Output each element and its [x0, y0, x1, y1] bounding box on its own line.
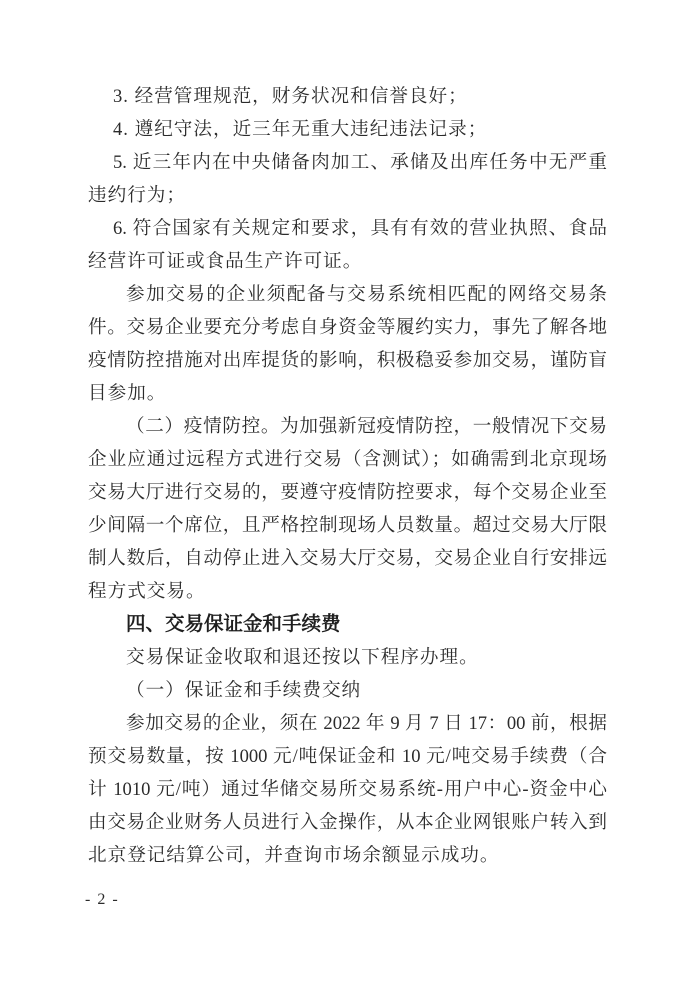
text-line: 件。交易企业要充分考虑自身资金等履约实力，事先了解各地 — [88, 311, 607, 344]
text-line-item-3: 3. 经营管理规范，财务状况和信誉良好； — [88, 80, 607, 113]
document-body: 3. 经营管理规范，财务状况和信誉良好； 4. 遵纪守法，近三年无重大违纪违法记… — [88, 80, 607, 872]
text-line-subsection-1: （一）保证金和手续费交纳 — [88, 674, 607, 707]
page-number: - 2 - — [85, 891, 119, 909]
text-line: 由交易企业财务人员进行入金操作，从本企业网银账户转入到 — [88, 806, 607, 839]
text-line: 制人数后，自动停止进入交易大厅交易，交易企业自行安排远 — [88, 542, 607, 575]
text-line-item-6: 6. 符合国家有关规定和要求，具有有效的营业执照、食品 — [88, 212, 607, 245]
section-heading-4: 四、交易保证金和手续费 — [88, 608, 607, 641]
text-line-item-4: 4. 遵纪守法，近三年无重大违纪违法记录； — [88, 113, 607, 146]
text-line: 参加交易的企业须配备与交易系统相匹配的网络交易条 — [88, 278, 607, 311]
text-line: 经营许可证或食品生产许可证。 — [88, 245, 607, 278]
text-line: 少间隔一个席位，且严格控制现场人员数量。超过交易大厅限 — [88, 509, 607, 542]
text-line: 违约行为； — [88, 179, 607, 212]
text-line: 计 1010 元/吨）通过华储交易所交易系统-用户中心-资金中心 — [88, 773, 607, 806]
text-line: 交易大厅进行交易的，要遵守疫情防控要求，每个交易企业至 — [88, 476, 607, 509]
text-line: 预交易数量，按 1000 元/吨保证金和 10 元/吨交易手续费（合 — [88, 740, 607, 773]
text-line-subsection-2: （二）疫情防控。为加强新冠疫情防控，一般情况下交易 — [88, 410, 607, 443]
text-line: 企业应通过远程方式进行交易（含测试）；如确需到北京现场 — [88, 443, 607, 476]
text-line: 参加交易的企业，须在 2022 年 9 月 7 日 17：00 前，根据 — [88, 707, 607, 740]
text-line: 交易保证金收取和退还按以下程序办理。 — [88, 641, 607, 674]
text-line: 程方式交易。 — [88, 575, 607, 608]
text-line-item-5: 5. 近三年内在中央储备肉加工、承储及出库任务中无严重 — [88, 146, 607, 179]
text-line: 北京登记结算公司，并查询市场余额显示成功。 — [88, 839, 607, 872]
text-line: 疫情防控措施对出库提货的影响，积极稳妥参加交易，谨防盲 — [88, 344, 607, 377]
document-page: 3. 经营管理规范，财务状况和信誉良好； 4. 遵纪守法，近三年无重大违纪违法记… — [0, 0, 700, 989]
text-line: 目参加。 — [88, 377, 607, 410]
